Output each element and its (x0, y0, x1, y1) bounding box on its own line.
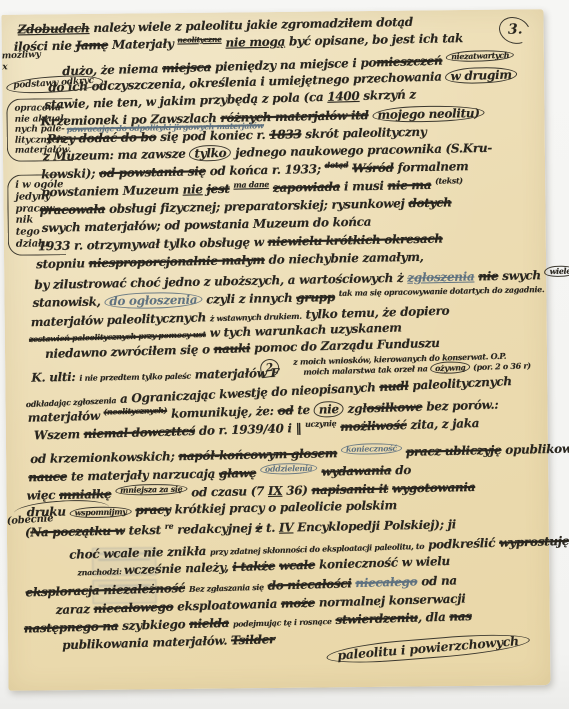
manuscript-line: pracowała obsługi fizycznej; preparators… (39, 196, 451, 217)
margin-note: i w ogólejedynypracow-niktegodziału (7, 174, 66, 255)
struck-word: Wśród (352, 161, 394, 176)
margin-note-line: materjałów. (15, 146, 71, 157)
circled-word: mniejsza za się (115, 483, 187, 495)
handwritten-text: te (293, 403, 314, 418)
handwritten-text: materjałów F (191, 366, 279, 382)
circled-word: nie (313, 401, 343, 418)
struck-word: zestawień paleolitycznych przy pomocy us… (29, 330, 206, 344)
handwritten-text: od krzemionkowskich; (30, 449, 179, 466)
struck-word: dotych (408, 195, 451, 210)
handwritten-text: eksploatowania (173, 597, 281, 614)
handwritten-text: swych materjałów; od powstania Muzeum do… (42, 215, 372, 235)
handwritten-text: 36) (282, 483, 311, 498)
manuscript-line: swych materjałów; od powstania Muzeum do… (42, 216, 372, 235)
struck-word: wygotowania (392, 480, 475, 496)
struck-word: od powstania się (99, 164, 206, 180)
manuscript-line: publikowania materjałów. Tsilder (62, 633, 275, 652)
handwritten-text (256, 466, 260, 480)
struck-word: nauki (213, 341, 250, 356)
handwritten-text: i musi (340, 179, 388, 194)
handwritten-text: 1933 r. otrzymywał tylko obsługę w (38, 235, 268, 253)
struck-word: niesproporcjonalnie małym (88, 253, 264, 270)
handwritten-text: jednego naukowego pracownika (S.Kru- (231, 141, 492, 160)
handwritten-text: (por. 2 o 36 r) (470, 360, 530, 372)
circled-word: oddzielenia (260, 463, 318, 475)
struck-word: pracy (135, 502, 171, 517)
struck-word: nauce (28, 470, 67, 485)
handwritten-text: konieczność w wielu (315, 554, 450, 572)
handwritten-text: do niechybnie zamałym, (265, 250, 424, 267)
struck-word: Na początku w (30, 524, 125, 540)
margin-note-line: opracowa- (14, 103, 70, 114)
handwritten-text: krótkiej pracy o paleolicie polskim (171, 498, 397, 516)
handwritten-text: IX (268, 484, 283, 498)
manuscript-page: 3. 2 paleolitu i powierzchowych Zdobudac… (1, 9, 550, 691)
handwritten-text: obsługi fizycznej; preparatorskiej; rysu… (105, 196, 409, 216)
circled-word: do ogłoszenia (104, 292, 202, 310)
manuscript-line: od krzemionkowskich; napół-końcowym głos… (30, 440, 569, 465)
handwritten-text: od czasu (7 (187, 484, 268, 500)
handwritten-text: paleolitycznych (408, 374, 512, 393)
struck-word: niecałowego (93, 600, 173, 616)
struck-word: zapowiada (273, 180, 340, 195)
struck-word: i także (232, 559, 275, 574)
margin-note-line: nie aktual- (15, 114, 71, 125)
handwritten-text: skrzyń z (359, 87, 416, 103)
handwritten-text: tekst (125, 523, 165, 538)
struck-word: dotąd (325, 160, 349, 169)
struck-word: nie (478, 269, 498, 283)
handwritten-text: formalnem (393, 159, 468, 174)
handwritten-text: ż wstawnych drukiem. (210, 312, 302, 324)
struck-word: eksploracja niezależność (25, 581, 185, 599)
struck-word: napisaniu it (311, 482, 388, 497)
struck-word: neolityczne (177, 35, 221, 45)
struck-word: Tsilder (231, 632, 275, 647)
margin-note-line: nik (16, 215, 64, 227)
handwritten-text: tylko temu, że dopiero (301, 304, 449, 322)
handwritten-text: zgł (344, 401, 367, 416)
struck-word: zgłoszenia (407, 269, 474, 284)
struck-word: do niecałości (267, 576, 351, 592)
struck-word: niecałego (355, 574, 417, 590)
handwritten-text: materjałów paleolitycznych (31, 310, 210, 329)
handwritten-text: zita, z jaka (406, 416, 479, 432)
handwritten-text: Materjały (108, 37, 178, 52)
struck-word: nudl (379, 379, 409, 394)
handwritten-text: publikowania materjałów. (62, 633, 231, 652)
margin-note: możliwyx (2, 50, 42, 73)
manuscript-line: (Na początku w tekst re redakcyjnej ż t.… (25, 517, 456, 539)
margin-note-line: pracow- (15, 203, 63, 215)
struck-word: niemal dowczttcś (83, 424, 195, 441)
handwritten-text: i nie przedtem tylko paleśc (79, 372, 191, 383)
handwritten-text: pomoc do Zarządu Funduszu (250, 336, 440, 355)
struck-word: (neolitycznych) (103, 406, 167, 417)
struck-word: grupp (296, 290, 335, 305)
circled-word: mojego neolitu) (372, 105, 484, 123)
handwritten-text: , dla (418, 610, 450, 625)
struck-word: nas (449, 609, 472, 624)
handwritten-text: być opisane, bo jest ich tak (285, 31, 463, 48)
handwritten-text: się pod koniec r. (156, 128, 269, 144)
margin-note-line: tego (16, 226, 64, 238)
struck-word: nie ma (387, 178, 431, 193)
handwritten-text: Wszem (34, 427, 84, 442)
handwritten-text: K. ulti: (31, 370, 79, 385)
handwritten-text: ma dane (233, 180, 269, 190)
handwritten-text: podkreślić (424, 536, 499, 552)
margin-note-line: jedyny (15, 191, 63, 203)
handwritten-text: ż (393, 271, 408, 285)
handwritten-text: podejmując tę i rosnące (233, 617, 332, 629)
struck-word: możliwość (340, 418, 407, 434)
handwritten-text: do (391, 463, 411, 477)
handwritten-text: od końca r. 1933; (206, 162, 325, 178)
handwritten-text: nie (182, 182, 202, 196)
struck-word: niewielu krótkich okresach (267, 231, 442, 248)
handwritten-text: stanowisk, (32, 294, 104, 309)
handwritten-text: niedawno zwróciłem się o (45, 342, 214, 361)
page-number-circle: 3. (495, 13, 534, 49)
handwritten-text: czyli z innych (202, 291, 296, 307)
handwritten-text: uczynię (305, 419, 337, 429)
margin-note-line: i w ogóle (15, 179, 63, 191)
struck-word: jest (206, 182, 229, 196)
struck-word: wcale (279, 558, 315, 573)
struck-word: następnego na (24, 619, 119, 636)
struck-word: pracz ubliczyję (406, 443, 502, 459)
handwritten-text (111, 487, 115, 501)
struck-word: napół-końcowym głosem (178, 446, 337, 463)
manuscript-line: stopniu niesproporcjonalnie małym do nie… (36, 251, 424, 271)
struck-word: miejsca (162, 60, 211, 75)
margin-note-line: nych pale- (15, 124, 71, 135)
struck-word: Jamę (75, 38, 108, 53)
handwritten-text: moich malarstwa tak orzeł na (303, 363, 430, 377)
handwritten-text: t. (262, 521, 279, 535)
circled-word: w drugim (445, 66, 517, 84)
handwritten-text: znachodzi: (77, 567, 124, 577)
struck-word: może (281, 596, 315, 611)
handwritten-text: normalnej konserwacji (315, 591, 466, 609)
handwritten-text: IV (279, 520, 294, 534)
handwritten-text: (tekst) (435, 176, 463, 186)
handwritten-text: skrót paleolityczny (301, 125, 426, 141)
handwritten-text: tak ma się opracowywanie dotartych do za… (339, 285, 545, 298)
handwritten-text: wcześnie należy, (124, 560, 233, 577)
struck-word: nielda (189, 616, 229, 631)
struck-word: stwierdzeniu (335, 611, 418, 627)
struck-word: osiłkowe (366, 400, 422, 416)
circled-word: niezatwartych (446, 50, 514, 63)
margin-note-line: działu (16, 238, 64, 250)
margin-note-line: możliwy (2, 50, 42, 62)
handwritten-text: opublikowa- (501, 441, 569, 457)
page-number: 3. (508, 18, 523, 40)
handwritten-text: komunikuję, że: (167, 404, 278, 421)
handwritten-text: Encyklopedji Polskiej); ji (293, 517, 456, 534)
handwritten-text: materjałów (28, 409, 104, 425)
struck-word: 1833 (269, 127, 301, 142)
circled-word: tylko (189, 145, 231, 162)
handwritten-text: od na (417, 573, 457, 588)
margin-note: opracowa-nie aktual-nych pale-litycznych… (6, 98, 73, 162)
handwritten-text: swych (498, 268, 545, 283)
circled-word: wiele (544, 265, 569, 277)
handwritten-text: 1400 (327, 89, 360, 104)
struck-word: gławę (219, 466, 257, 481)
margin-note-line: x (2, 60, 42, 72)
struck-word: wyprostuję się (499, 533, 569, 550)
handwritten-text: zaraz (56, 602, 94, 617)
struck-word: mieszczeń (376, 54, 443, 70)
manuscript-line: K. ulti: i nie przedtem tylko paleśc mat… (31, 367, 279, 384)
handwritten-text: do r. 1939/40 i ‖ (195, 421, 306, 438)
handwritten-text: bez porów.: (422, 398, 498, 414)
struck-word: wydawania (321, 463, 391, 478)
circled-word: konieczność (341, 443, 402, 455)
handwritten-text: Bez zgłaszania się (189, 583, 264, 594)
circled-word: ożywną (430, 361, 471, 374)
handwritten-text: stopniu (36, 256, 89, 271)
handwritten-text: redakcyjnej (173, 521, 255, 537)
handwritten-text: nie mogą (225, 34, 285, 49)
struck-word: Zdobudach (17, 21, 89, 36)
handwritten-text: choć wcale nie znikła (69, 544, 210, 562)
handwritten-text: szybkiego (118, 617, 189, 633)
margin-note-line: podstawy odkryć (13, 76, 94, 92)
handwritten-text: te materjały narzucają (67, 467, 219, 484)
circled-annotation: paleolitu i powierzchowych (326, 630, 531, 666)
struck-word: od (277, 403, 293, 417)
